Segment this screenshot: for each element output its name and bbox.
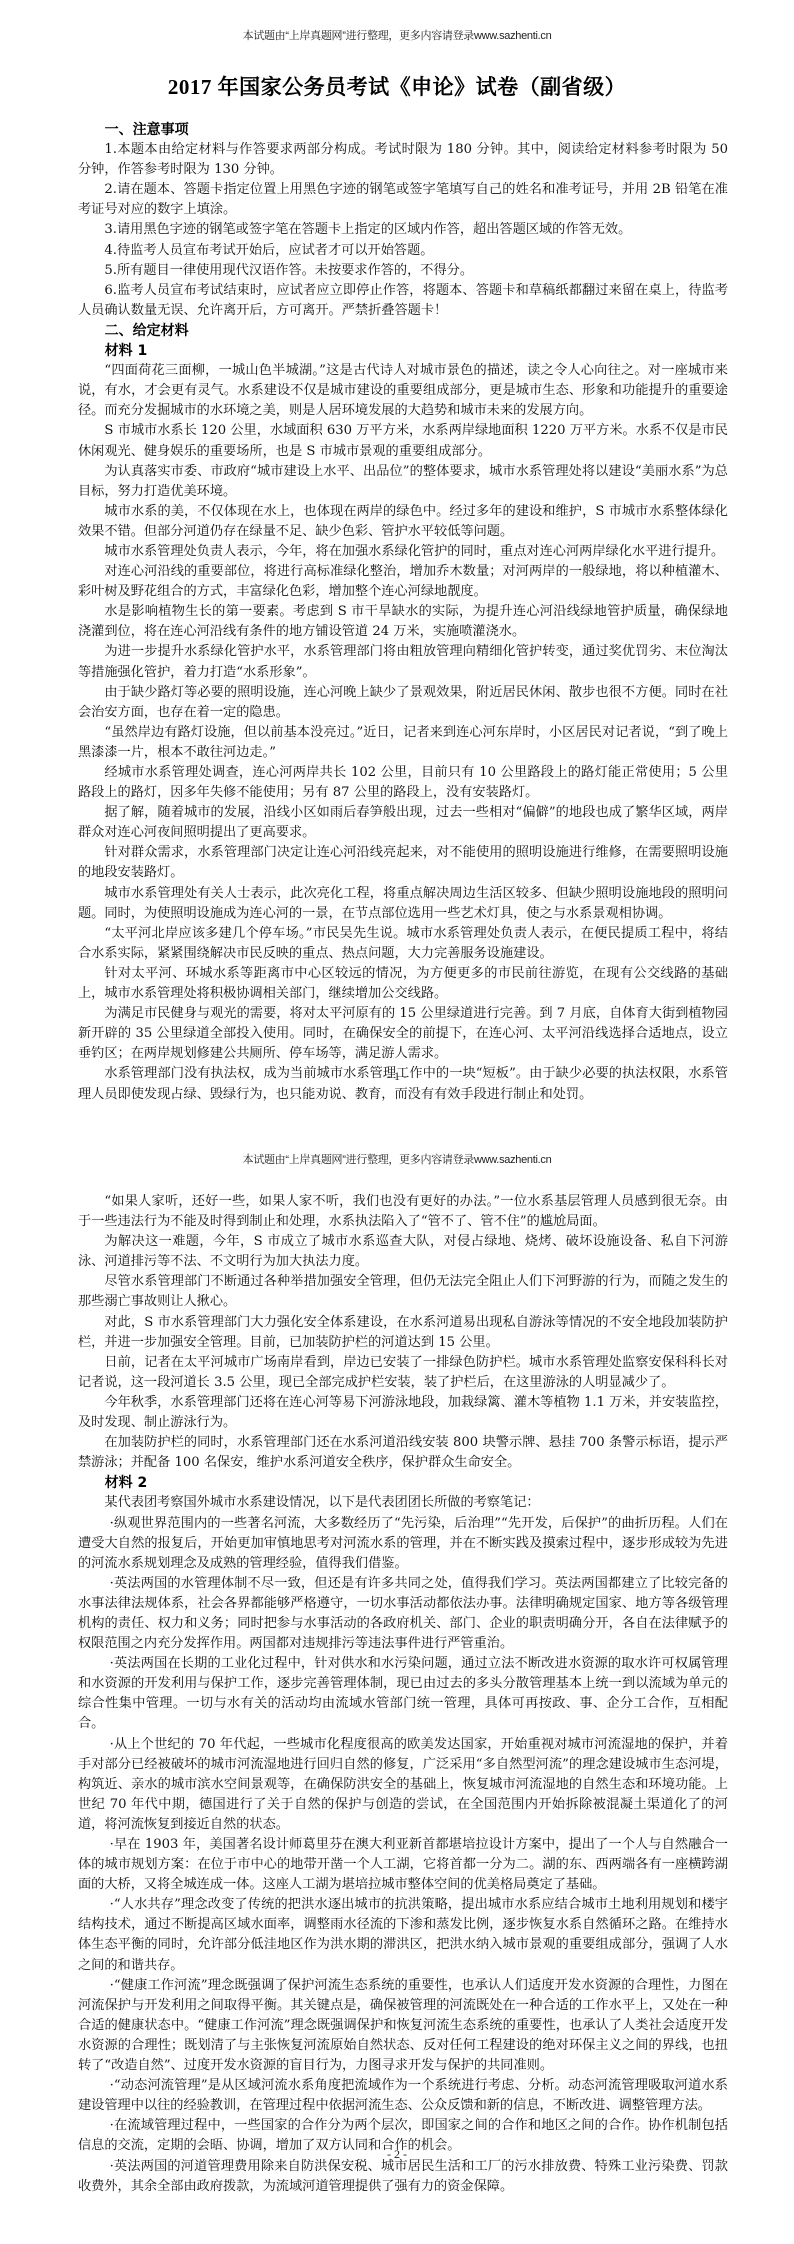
page-1-content: 一、注意事项 1.本题本由给定材料与作答要求两部分构成。考试时限为 180 分钟…	[78, 120, 728, 1105]
page-2-content: “如果人家听，还好一些，如果人家不听，我们也没有更好的办法。”一位水系基层管理人…	[78, 1192, 728, 2197]
material-1-heading: 材料 1	[78, 341, 728, 361]
material-2-heading: 材料 2	[78, 1473, 728, 1493]
page-number: - 2 -	[0, 2147, 794, 2162]
paragraph: 针对群众需求，水系管理部门决定让连心河沿线亮起来，对不能使用的照明设施进行维修，…	[78, 843, 728, 883]
paragraph: 为解决这一难题，今年，S 市成立了城市水系巡查大队，对侵占绿地、烧烤、破坏设施设…	[78, 1232, 728, 1272]
paragraph: 城市水系管理处负责人表示，今年，将在加强水系绿化管护的同时，重点对连心河两岸绿化…	[78, 542, 728, 562]
paragraph: 由于缺少路灯等必要的照明设施，连心河晚上缺少了景观效果，附近居民休闲、散步也很不…	[78, 683, 728, 723]
bullet-note: ·早在 1903 年，美国著名设计师葛里芬在澳大利亚新首都堪培拉设计方案中，提出…	[78, 1835, 728, 1895]
bullet-note: ·从上个世纪的 70 年代起，一些城市化程度很高的欧美发达国家，开始重视对城市河…	[78, 1735, 728, 1835]
section-heading-materials: 二、给定材料	[78, 321, 728, 341]
notice-item: 1.本题本由给定材料与作答要求两部分构成。考试时限为 180 分钟。其中，阅读给…	[78, 140, 728, 180]
bullet-note: ·纵观世界范围内的一些著名河流，大多数经历了“先污染，后治理”“先开发，后保护”…	[78, 1514, 728, 1574]
paragraph: “虽然岸边有路灯设施，但以前基本没亮过。”近日，记者来到连心河东岸时，小区居民对…	[78, 723, 728, 763]
paragraph: 为满足市民健身与观光的需要，将对太平河原有的 15 公里绿道进行完善。到 7 月…	[78, 1004, 728, 1064]
paragraph: 水是影响植物生长的第一要素。考虑到 S 市干旱缺水的实际，为提升连心河沿线绿地管…	[78, 602, 728, 642]
paragraph: 对连心河沿线的重要部位，将进行高标准绿化整治，增加乔木数量；对河两岸的一般绿地，…	[78, 562, 728, 602]
paragraph: 在加装防护栏的同时，水系管理部门还在水系河道沿线安装 800 块警示牌、悬挂 7…	[78, 1433, 728, 1473]
bullet-note: ·英法两国的河道管理费用除来自防洪保安税、城市居民生活和工厂的污水排放费、特殊工…	[78, 2157, 728, 2197]
page-header-watermark: 本试题由“上岸真题网”进行整理，更多内容请登录www.sazhenti.cn	[0, 1151, 794, 1167]
paragraph: “太平河北岸应该多建几个停车场。”市民吴先生说。城市水系管理处负责人表示，在便民…	[78, 924, 728, 964]
page-1: 本试题由“上岸真题网”进行整理，更多内容请登录www.sazhenti.cn 2…	[0, 0, 794, 1122]
paragraph: 为进一步提升水系绿化管护水平，水系管理部门将由粗放管理向精细化管护转变，通过奖优…	[78, 642, 728, 682]
bullet-note: ·英法两国在长期的工业化过程中，针对供水和水污染问题，通过立法不断改进水资源的取…	[78, 1654, 728, 1734]
notice-item: 3.请用黑色字迹的钢笔或签字笔在答题卡上指定的区域内作答，超出答题区域的作答无效…	[78, 220, 728, 240]
paragraph: 为认真落实市委、市政府“城市建设上水平、出品位”的整体要求，城市水系管理处将以建…	[78, 462, 728, 502]
paragraph: 据了解，随着城市的发展，沿线小区如雨后春笋般出现，过去一些相对“偏僻”的地段也成…	[78, 803, 728, 843]
notice-item: 6.监考人员宣布考试结束时，应试者应立即停止作答，将题本、答题卡和草稿纸都翻过来…	[78, 281, 728, 321]
paragraph: 日前，记者在太平河城市广场南岸看到，岸边已安装了一排绿色防护栏。城市水系管理处监…	[78, 1353, 728, 1393]
notice-item: 2.请在题本、答题卡指定位置上用黑色字迹的钢笔或签字笔填写自己的姓名和准考证号，…	[78, 180, 728, 220]
bullet-note: ·英法两国的水管理体制不尽一致，但还是有许多共同之处，值得我们学习。英法两国都建…	[78, 1574, 728, 1654]
material-2-intro: 某代表团考察国外城市水系建设情况，以下是代表团团长所做的考察笔记：	[78, 1493, 728, 1513]
paragraph: “如果人家听，还好一些，如果人家不听，我们也没有更好的办法。”一位水系基层管理人…	[78, 1192, 728, 1232]
bullet-note: ·“健康工作河流”理念既强调了保护河流生态系统的重要性，也承认人们适度开发水资源…	[78, 1976, 728, 2076]
paragraph: 城市水系的美，不仅体现在水上，也体现在两岸的绿色中。经过多年的建设和维护，S 市…	[78, 502, 728, 542]
page-number: - 1 -	[0, 1069, 794, 1084]
page-2: 本试题由“上岸真题网”进行整理，更多内容请登录www.sazhenti.cn “…	[0, 1122, 794, 2244]
paragraph: “四面荷花三面柳，一城山色半城湖。”这是古代诗人对城市景色的描述，读之令人心向往…	[78, 361, 728, 421]
paragraph: 经城市水系管理处调查，连心河两岸共长 102 公里，目前只有 10 公里路段上的…	[78, 763, 728, 803]
document-title: 2017 年国家公务员考试《申论》试卷（副省级）	[0, 71, 794, 101]
page-header-watermark: 本试题由“上岸真题网”进行整理，更多内容请登录www.sazhenti.cn	[0, 27, 794, 43]
bullet-note: ·“人水共存”理念改变了传统的把洪水逐出城市的抗洪策略，提出城市水系应结合城市土…	[78, 1895, 728, 1975]
section-heading-notices: 一、注意事项	[78, 120, 728, 140]
paragraph: 今年秋季，水系管理部门还将在连心河等易下河游泳地段，加栽绿篱、灌木等植物 1.1…	[78, 1393, 728, 1433]
paragraph: 针对太平河、环城水系等距离市中心区较远的情况，为方便更多的市民前往游览，在现有公…	[78, 964, 728, 1004]
paragraph: S 市城市水系长 120 公里，水域面积 630 万平方米，水系两岸绿地面积 1…	[78, 421, 728, 461]
bullet-note: ·“动态河流管理”是从区域河流水系角度把流域作为一个系统进行考虑、分析。动态河流…	[78, 2076, 728, 2116]
notice-item: 4.待监考人员宣布考试开始后，应试者才可以开始答题。	[78, 241, 728, 261]
paragraph: 尽管水系管理部门不断通过各种举措加强安全管理，但仍无法完全阻止人们下河野游的行为…	[78, 1272, 728, 1312]
paragraph: 对此，S 市水系管理部门大力强化安全体系建设，在水系河道易出现私自游泳等情况的不…	[78, 1313, 728, 1353]
notice-item: 5.所有题目一律使用现代汉语作答。未按要求作答的，不得分。	[78, 261, 728, 281]
paragraph: 城市水系管理处有关人士表示，此次亮化工程，将重点解决周边生活区较多、但缺少照明设…	[78, 884, 728, 924]
